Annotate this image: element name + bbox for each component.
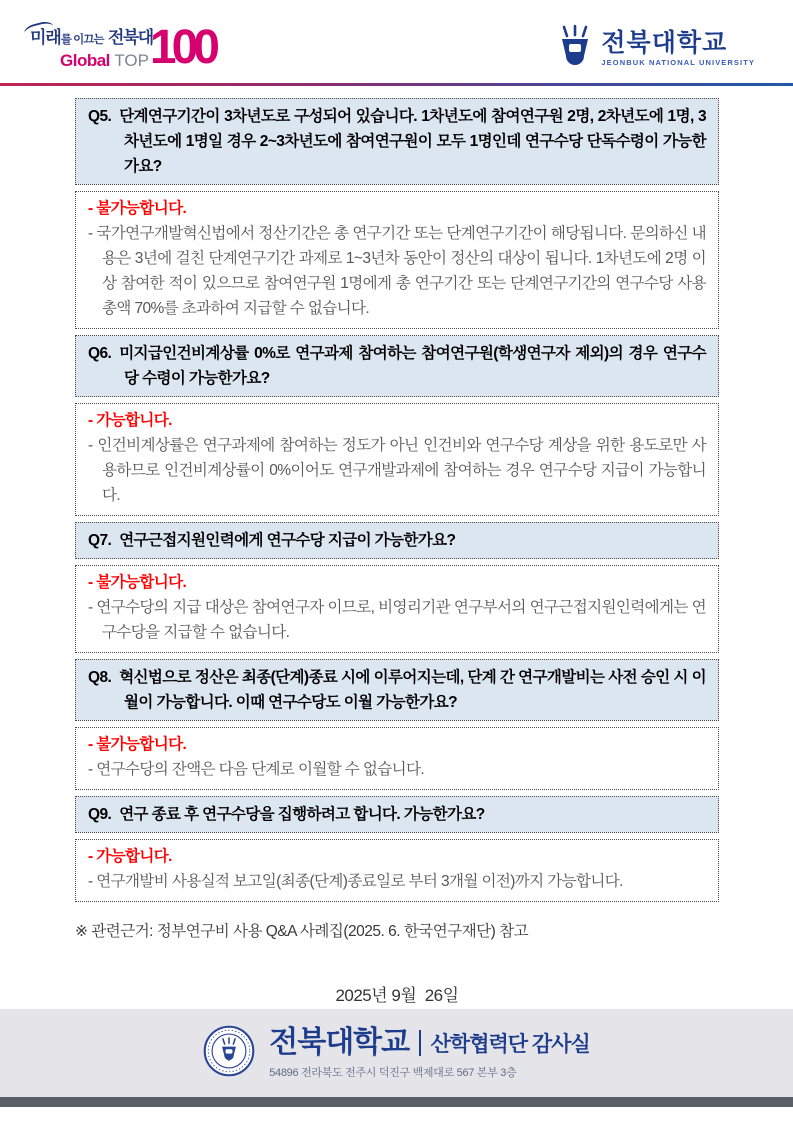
question-cell-q5: Q5.단계연구기간이 3차년도로 구성되어 있습니다. 1차년도에 참여연구원 …	[75, 98, 719, 185]
jbnu-logo-subtitle: JEONBUK NATIONAL UNIVERSITY	[601, 58, 755, 67]
qa-section: Q5.단계연구기간이 3차년도로 구성되어 있습니다. 1차년도에 참여연구원 …	[75, 98, 719, 1067]
answer-cell-q8: - 불가능합니다. - 연구수당의 잔액은 다음 단계로 이월할 수 없습니다.	[75, 727, 719, 790]
question-body: 단계연구기간이 3차년도로 구성되어 있습니다. 1차년도에 참여연구원 2명,…	[119, 108, 706, 175]
footer-address: 54896 전라북도 전주시 덕진구 백제대로 567 본부 3층	[269, 1064, 590, 1080]
answer-verdict: - 불가능합니다.	[88, 732, 706, 757]
reference-note: ※ 관련근거: 정부연구비 사용 Q&A 사례집(2025. 6. 한국연구재단…	[75, 919, 719, 941]
logo-tagline-univ: 전북대	[108, 28, 153, 47]
question-id: Q6.	[88, 345, 111, 362]
answer-verdict: - 불가능합니다.	[88, 570, 706, 595]
answer-verdict: - 불가능합니다.	[88, 196, 706, 221]
footer-department-name: 산학협력단 감사실	[431, 1028, 590, 1058]
university-seal-icon	[203, 1025, 255, 1082]
logo-global-text: Global	[60, 51, 110, 70]
global-top100-logo: 미래를 이끄는 전북대 Global TOP 100	[30, 24, 215, 78]
page-footer: 전북대학교 산학협력단 감사실 54896 전라북도 전주시 덕진구 백제대로 …	[0, 1009, 793, 1107]
question-body: 미지급인건비계상률 0%로 연구과제 참여하는 참여연구원(학생연구자 제외)의…	[119, 345, 706, 387]
answer-explanation: - 연구개발비 사용실적 보고일(최종(단계)종료일로 부터 3개월 이전)까지…	[88, 869, 706, 894]
question-cell-q8: Q8.혁신법으로 정산은 최종(단계)종료 시에 이루어지는데, 단계 간 연구…	[75, 659, 719, 721]
answer-cell-q5: - 불가능합니다. - 국가연구개발혁신법에서 정산기간은 총 연구기간 또는 …	[75, 191, 719, 329]
jbnu-emblem-icon	[556, 24, 594, 73]
answer-explanation: - 연구수당의 잔액은 다음 단계로 이월할 수 없습니다.	[88, 757, 706, 782]
logo-tagline: 미래를 이끄는 전북대	[30, 28, 153, 50]
answer-explanation: - 국가연구개발혁신법에서 정산기간은 총 연구기간 또는 단계연구기간이 해당…	[88, 221, 706, 321]
answer-verdict: - 가능합니다.	[88, 844, 706, 869]
answer-cell-q6: - 가능합니다. - 인건비계상률은 연구과제에 참여하는 정도가 아닌 인건비…	[75, 403, 719, 516]
question-id: Q7.	[88, 532, 111, 549]
question-cell-q7: Q7.연구근접지원인력에게 연구수당 지급이 가능한가요?	[75, 522, 719, 559]
logo-100-number: 100	[150, 20, 215, 76]
answer-cell-q9: - 가능합니다. - 연구개발비 사용실적 보고일(최종(단계)종료일로 부터 …	[75, 839, 719, 902]
question-cell-q9: Q9.연구 종료 후 연구수당을 집행하려고 합니다. 가능한가요?	[75, 796, 719, 833]
question-text: Q6.미지급인건비계상률 0%로 연구과제 참여하는 참여연구원(학생연구자 제…	[88, 341, 706, 391]
question-id: Q8.	[88, 669, 111, 686]
jbnu-logo: 전북대학교 JEONBUK NATIONAL UNIVERSITY	[556, 24, 755, 73]
document-page: 미래를 이끄는 전북대 Global TOP 100	[0, 0, 793, 1121]
header-divider	[0, 83, 793, 86]
footer-divider	[419, 1030, 421, 1056]
logo-global-top: Global TOP	[30, 50, 153, 73]
footer-band: 전북대학교 산학협력단 감사실 54896 전라북도 전주시 덕진구 백제대로 …	[0, 1009, 793, 1097]
jbnu-logo-name: 전북대학교	[601, 30, 755, 56]
answer-cell-q7: - 불가능합니다. - 연구수당의 지급 대상은 참여연구자 이므로, 비영리기…	[75, 565, 719, 653]
document-date: 2025년 9월 26일	[75, 981, 719, 1006]
question-body: 연구 종료 후 연구수당을 집행하려고 합니다. 가능한가요?	[119, 806, 484, 823]
answer-explanation: - 인건비계상률은 연구과제에 참여하는 정도가 아닌 인건비와 연구수당 계상…	[88, 433, 706, 508]
question-body: 연구근접지원인력에게 연구수당 지급이 가능한가요?	[119, 532, 455, 549]
logo-top-text: TOP	[114, 51, 149, 70]
question-body: 혁신법으로 정산은 최종(단계)종료 시에 이루어지는데, 단계 간 연구개발비…	[119, 669, 706, 711]
page-header: 미래를 이끄는 전북대 Global TOP 100	[0, 0, 793, 84]
footer-university-name: 전북대학교	[269, 1027, 409, 1059]
logo-tagline-rest: 를 이끄는	[61, 34, 104, 46]
question-text: Q5.단계연구기간이 3차년도로 구성되어 있습니다. 1차년도에 참여연구원 …	[88, 104, 706, 179]
question-text: Q9.연구 종료 후 연구수당을 집행하려고 합니다. 가능한가요?	[88, 802, 706, 827]
question-id: Q5.	[88, 108, 111, 125]
question-text: Q8.혁신법으로 정산은 최종(단계)종료 시에 이루어지는데, 단계 간 연구…	[88, 665, 706, 715]
footer-bottom-bar	[0, 1097, 793, 1107]
question-cell-q6: Q6.미지급인건비계상률 0%로 연구과제 참여하는 참여연구원(학생연구자 제…	[75, 335, 719, 397]
question-id: Q9.	[88, 806, 111, 823]
question-text: Q7.연구근접지원인력에게 연구수당 지급이 가능한가요?	[88, 528, 706, 553]
answer-explanation: - 연구수당의 지급 대상은 참여연구자 이므로, 비영리기관 연구부서의 연구…	[88, 595, 706, 645]
answer-verdict: - 가능합니다.	[88, 408, 706, 433]
